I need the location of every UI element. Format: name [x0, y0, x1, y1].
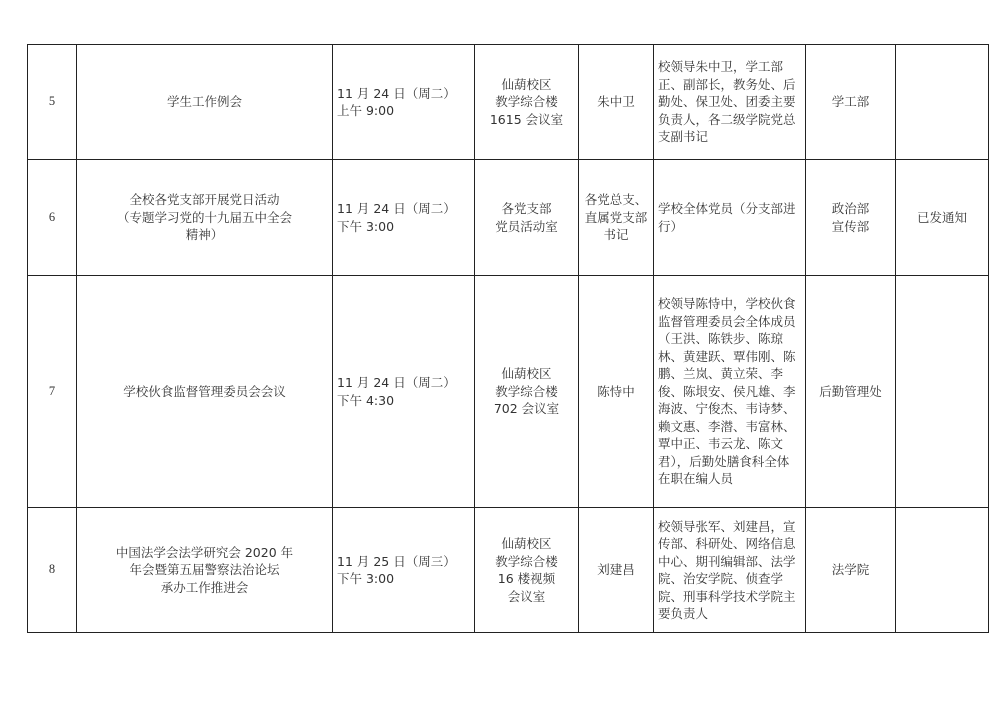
meeting-time: 11 月 24 日（周二） 下午 3:00: [333, 160, 475, 276]
meeting-remark: [896, 45, 989, 160]
meeting-remark: [896, 276, 989, 508]
meeting-attendees: 校领导张军、刘建昌，宣传部、科研处、网络信息中心、期刊编辑部、法学院、治安学院、…: [654, 508, 806, 633]
meeting-time: 11 月 25 日（周三） 下午 3:00: [333, 508, 475, 633]
table-row: 7 学校伙食监督管理委员会会议 11 月 24 日（周二） 下午 4:30 仙葫…: [28, 276, 989, 508]
meeting-title: 学生工作例会: [77, 45, 333, 160]
meeting-attendees: 校领导陈恃中，学校伙食监督管理委员会全体成员（王洪、陈铁步、陈琼林、黄建跃、覃伟…: [654, 276, 806, 508]
row-number: 6: [28, 160, 77, 276]
meeting-remark: 已发通知: [896, 160, 989, 276]
meeting-host: 各党总支、直属党支部书记: [579, 160, 654, 276]
meeting-attendees: 校领导朱中卫，学工部正、副部长，教务处、后勤处、保卫处、团委主要负责人，各二级学…: [654, 45, 806, 160]
meeting-host: 刘建昌: [579, 508, 654, 633]
meeting-location: 仙葫校区 教学综合楼 702 会议室: [475, 276, 579, 508]
meeting-host: 朱中卫: [579, 45, 654, 160]
meeting-title: 中国法学会法学研究会 2020 年 年会暨第五届警察法治论坛 承办工作推进会: [77, 508, 333, 633]
meeting-time: 11 月 24 日（周二） 上午 9:00: [333, 45, 475, 160]
meeting-schedule-table: 5 学生工作例会 11 月 24 日（周二） 上午 9:00 仙葫校区 教学综合…: [27, 44, 989, 633]
meeting-time: 11 月 24 日（周二） 下午 4:30: [333, 276, 475, 508]
row-number: 5: [28, 45, 77, 160]
meeting-organizer: 学工部: [806, 45, 896, 160]
meeting-organizer: 政治部 宣传部: [806, 160, 896, 276]
meeting-title: 学校伙食监督管理委员会会议: [77, 276, 333, 508]
meeting-location: 仙葫校区 教学综合楼 16 楼视频 会议室: [475, 508, 579, 633]
meeting-attendees: 学校全体党员（分支部进行）: [654, 160, 806, 276]
meeting-host: 陈恃中: [579, 276, 654, 508]
meeting-title: 全校各党支部开展党日活动 （专题学习党的十九届五中全会 精神）: [77, 160, 333, 276]
meeting-location: 仙葫校区 教学综合楼 1615 会议室: [475, 45, 579, 160]
meeting-organizer: 后勤管理处: [806, 276, 896, 508]
row-number: 8: [28, 508, 77, 633]
meeting-location: 各党支部 党员活动室: [475, 160, 579, 276]
row-number: 7: [28, 276, 77, 508]
meeting-organizer: 法学院: [806, 508, 896, 633]
table-row: 8 中国法学会法学研究会 2020 年 年会暨第五届警察法治论坛 承办工作推进会…: [28, 508, 989, 633]
meeting-remark: [896, 508, 989, 633]
table-row: 5 学生工作例会 11 月 24 日（周二） 上午 9:00 仙葫校区 教学综合…: [28, 45, 989, 160]
table-row: 6 全校各党支部开展党日活动 （专题学习党的十九届五中全会 精神） 11 月 2…: [28, 160, 989, 276]
